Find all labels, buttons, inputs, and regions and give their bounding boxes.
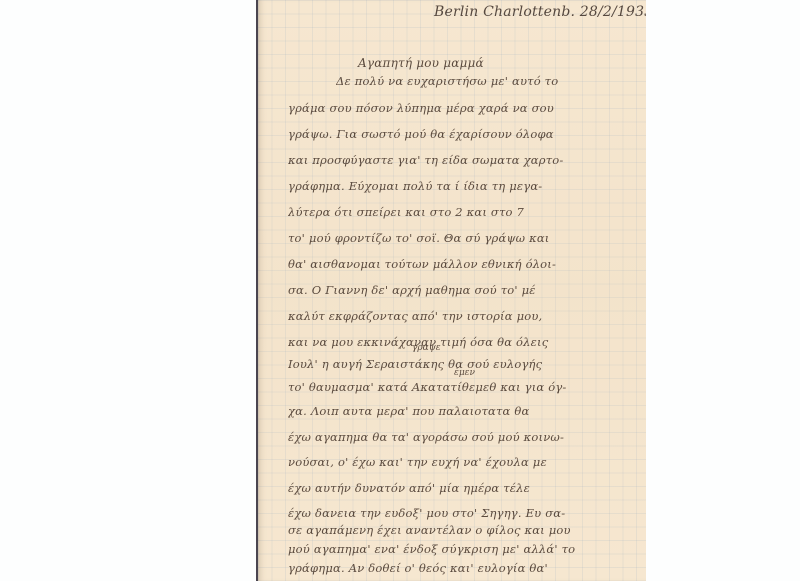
letter-line: έχω αγαπημα θα τα' αγοράσω σού μού κοινω… — [288, 430, 640, 444]
letter-line: σε αγαπάμενη έχει αναντέλαν ο φίλος και … — [288, 523, 640, 537]
letter-line: έχω αυτήν δυνατόν από' μία ημέρα τέλε — [288, 481, 640, 495]
letter-line: σα. Ο Γιαννη δε' αρχή μαθημα σού το' μέ — [288, 283, 640, 297]
letter-line: μού αγαπημα' ενα' ένδοξ σύγκριση με' αλλ… — [288, 542, 640, 556]
letter-line: και να μου εκκινάχαναν τιμή όσα θα όλεις — [288, 335, 640, 349]
letter-line: γράμα σου πόσον λύπημα μέρα χαρά να σου — [288, 101, 640, 115]
interlinear-note: γραψε — [412, 343, 441, 353]
letter-page: Berlin Charlottenb. 28/2/1933 Αγαπητή μο… — [256, 0, 646, 581]
letter-salutation: Αγαπητή μου μαμμά — [358, 56, 484, 70]
letter-line: γράψω. Για σωστό μού θα έχαρίσουν όλοφα — [288, 127, 640, 141]
letter-line: καλύτ εκφράζοντας από' την ιστορία μου, — [288, 309, 640, 323]
letter-line: θα' αισθανομαι τούτων μάλλον εθνική όλοι… — [288, 257, 640, 271]
letter-line: γράφημα. Εύχομαι πολύ τα ί ίδια τη μεγα- — [288, 179, 640, 193]
scan-background: Berlin Charlottenb. 28/2/1933 Αγαπητή μο… — [0, 0, 800, 581]
letter-line: και προσφύγαστε για' τη είδα σωματα χαρτ… — [288, 153, 640, 167]
interlinear-note: έμεν — [454, 368, 475, 378]
letter-line: έχω δανεια την ευδοξ' μου στο' Σηγηγ. Ευ… — [288, 506, 640, 520]
letter-line: λύτερα ότι σπείρει και στο 2 και στο 7 — [288, 205, 640, 219]
letter-line: νούσαι, ο' έχω και' την ευχή να' έχουλα … — [288, 455, 640, 469]
letter-line: το' θαυμασμα' κατά Ακατατίθεμεθ και για … — [288, 380, 640, 394]
letter-line: Δε πολύ να ευχαριστήσω με' αυτό το — [336, 74, 640, 88]
letter-line: το' μού φροντίζω το' σοϊ. Θα σύ γράψω κα… — [288, 231, 640, 245]
letter-place-date: Berlin Charlottenb. 28/2/1933 — [434, 4, 646, 20]
letter-line: χα. Λοιπ αυτα μερα' που παλαιοτατα θα — [288, 404, 640, 418]
letter-line: γράφημα. Αν δοθεί ο' θεός και' ευλογία θ… — [288, 561, 640, 575]
